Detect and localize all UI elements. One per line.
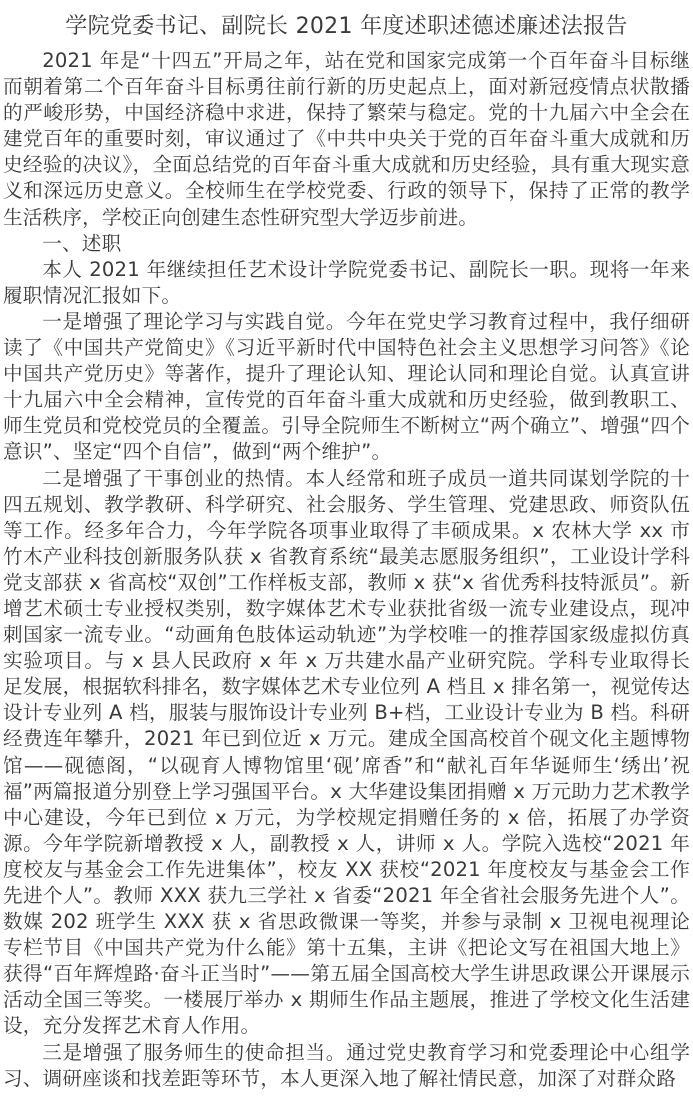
document-title: 学院党委书记、副院长 2021 年度述职述德述廉述法报告 [3,12,690,42]
paragraph-point-one: 一是增强了理论学习与实践自觉。今年在党史学习教育过程中，我仔细研读了《中国共产党… [3,309,690,466]
paragraph-duty-summary: 本人 2021 年继续担任艺术设计学院党委书记、副院长一职。现将一年来履职情况汇… [3,257,690,309]
paragraph-point-three: 三是增强了服务师生的使命担当。通过党史教育学习和党委理论中心组学习、调研座谈和找… [3,1040,690,1092]
intro-paragraph: 2021 年是“十四五”开局之年，站在党和国家完成第一个百年奋斗目标继而朝着第二… [3,48,690,231]
paragraph-point-two: 二是增强了干事创业的热情。本人经常和班子成员一道共同谋划学院的十四五规划、教学教… [3,466,690,1040]
section-heading: 一、述职 [3,231,690,257]
document-page: 学院党委书记、副院长 2021 年度述职述德述廉述法报告 2021 年是“十四五… [0,0,693,1092]
